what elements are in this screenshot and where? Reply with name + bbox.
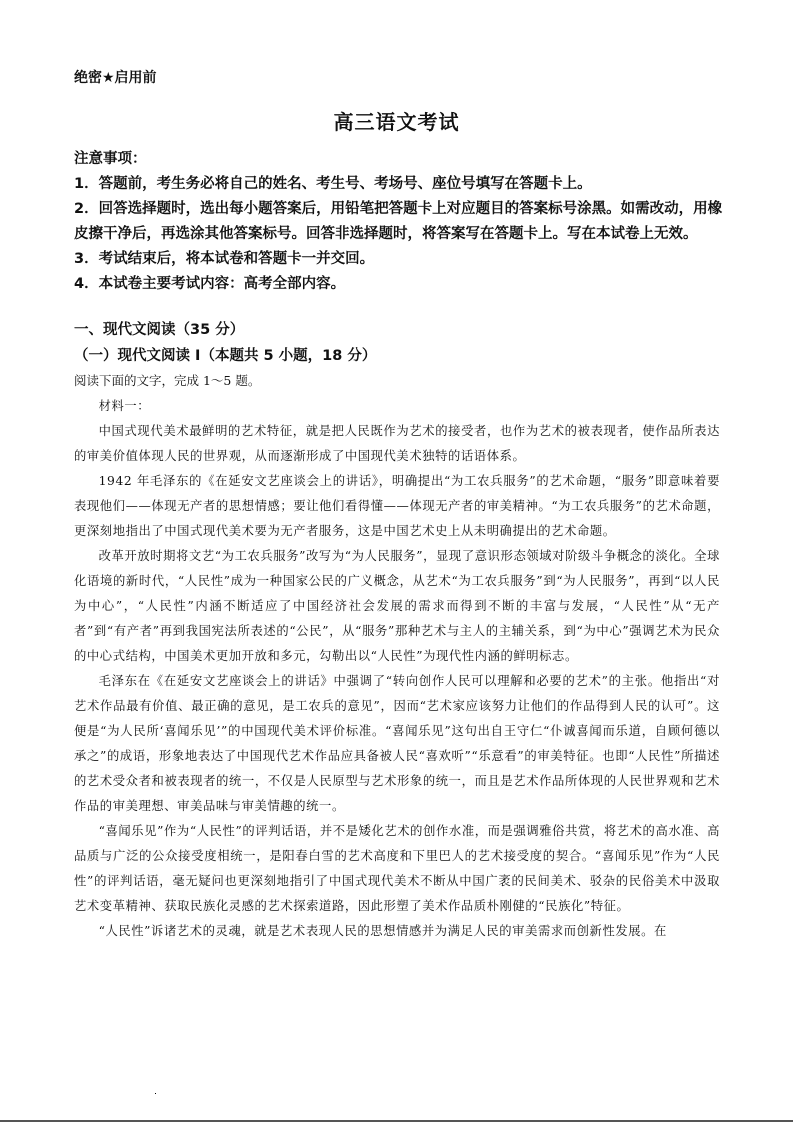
reading-passage: 材料一： 中国式现代美术最鲜明的艺术特征，就是把人民既作为艺术的接受者，也作为艺… — [74, 394, 720, 944]
notice-heading: 注意事项： — [74, 147, 724, 172]
passage-paragraph: 中国式现代美术最鲜明的艺术特征，就是把人民既作为艺术的接受者，也作为艺术的被表现… — [74, 419, 720, 469]
section-title: 一、现代文阅读（35 分） — [74, 318, 244, 339]
exam-page: 绝密★启用前 高三语文考试 注意事项： 1．答题前，考生务必将自己的姓名、考生号… — [0, 0, 793, 1122]
page-title: 高三语文考试 — [0, 106, 793, 135]
passage-paragraph: 毛泽东在《在延安文艺座谈会上的讲话》中强调了“转向创作人民可以理解和必要的艺术”… — [74, 669, 720, 819]
passage-paragraph: “人民性”诉诸艺术的灵魂，就是艺术表现人民的思想情感并为满足人民的审美需求而创新… — [74, 919, 720, 944]
passage-paragraph: “喜闻乐见”作为“人民性”的评判话语，并不是矮化艺术的创作水准，而是强调雅俗共赏… — [74, 819, 720, 919]
notice-item: 2．回答选择题时，选出每小题答案后，用铅笔把答题卡上对应题目的答案标号涂黑。如需… — [74, 197, 724, 247]
material-label: 材料一： — [74, 394, 720, 419]
notice-block: 注意事项： 1．答题前，考生务必将自己的姓名、考生号、考场号、座位号填写在答题卡… — [74, 147, 724, 297]
passage-paragraph: 改革开放时期将文艺“为工农兵服务”改写为“为人民服务”，显现了意识形态领域对阶级… — [74, 544, 720, 669]
notice-item: 3．考试结束后，将本试卷和答题卡一并交回。 — [74, 247, 724, 272]
passage-paragraph: 1942 年毛泽东的《在延安文艺座谈会上的讲话》，明确提出“为工农兵服务”的艺术… — [74, 469, 720, 544]
reading-instruction: 阅读下面的文字，完成 1～5 题。 — [74, 371, 260, 389]
notice-item: 1．答题前，考生务必将自己的姓名、考生号、考场号、座位号填写在答题卡上。 — [74, 172, 724, 197]
subsection-title: （一）现代文阅读 I（本题共 5 小题，18 分） — [74, 344, 376, 365]
stray-dot — [155, 1093, 156, 1094]
classification-label: 绝密★启用前 — [74, 67, 157, 87]
notice-item: 4．本试卷主要考试内容：高考全部内容。 — [74, 272, 724, 297]
